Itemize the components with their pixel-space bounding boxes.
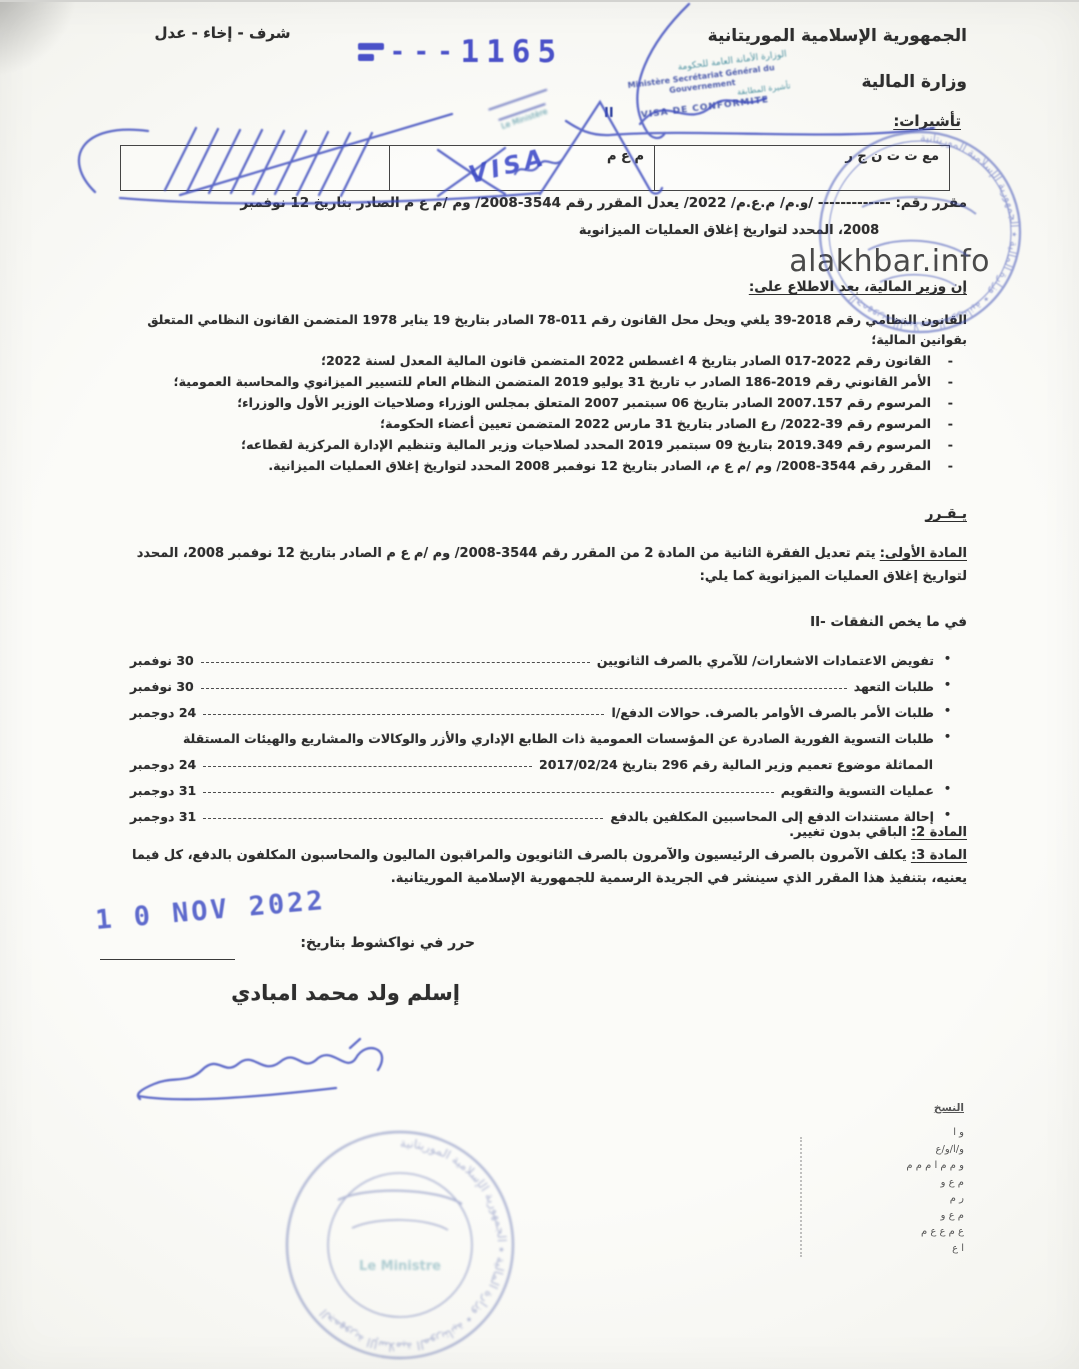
article-3-text: يكلف الآمرون بالصرف الرئيسيون والآمرون ب… bbox=[132, 848, 967, 886]
law-item: القانون النظامي رقم 2018-39 يلغي ويحل مح… bbox=[130, 310, 967, 350]
round-seal-bottom-left: الجمهورية الإسلامية الموريتانية ٭ وزارة … bbox=[287, 1132, 513, 1358]
article-1-text: يتم تعديل الفقرة الثانية من المادة 2 من … bbox=[137, 546, 967, 584]
date-blank-line bbox=[100, 945, 235, 960]
national-motto: شرف - إخاء - عدل bbox=[135, 24, 310, 42]
dotted-leader bbox=[201, 688, 847, 689]
diagonal-ministry-stamp: ـــــــــــــــ ــــــــــــ Le Ministèr… bbox=[437, 64, 604, 151]
law-item: المرسوم رقم 39-2022/ رع الصادر بتاريخ 31… bbox=[130, 414, 967, 434]
expense-item: تفويض الاعتمادات الاشعارات/ للآمري بالصر… bbox=[130, 642, 951, 668]
dotted-leader bbox=[201, 662, 590, 663]
article-2-text: الباقي بدون تغيير. bbox=[789, 825, 907, 840]
law-item: المقرر رقم 3544-2008/ وم /م ع م، الصادر … bbox=[130, 456, 967, 476]
law-item: الأمر القانوني رقم 2019-186 الصادر ب تار… bbox=[130, 372, 967, 392]
article-3: المادة 3: يكلف الآمرون بالصرف الرئيسيون … bbox=[110, 845, 967, 891]
copies-item: و م م ا م م م bbox=[834, 1158, 964, 1175]
minister-intro: إن وزير المالية، بعد الاطلاع على: bbox=[749, 279, 967, 295]
copies-list: النسخ و ا و/ا/و/ع و م م ا م م م م ع و ر … bbox=[834, 1100, 964, 1257]
copies-item: و/ا/و/ع bbox=[834, 1142, 964, 1159]
minister-name: إسلم ولد محمد امبادي bbox=[210, 981, 460, 1005]
expense-item: طلبات الأمر بالصرف الأوامر بالصرف. حوالا… bbox=[130, 694, 951, 720]
date-stamp: 1 0 NOV 2022 bbox=[94, 885, 327, 936]
expense-item: عمليات التسوية والتقويم31 دوجمبر bbox=[130, 772, 951, 798]
article-2-label: المادة 2: bbox=[911, 825, 967, 840]
expense-item: إحالة مستندات الدفع إلى المحاسبين المكلف… bbox=[130, 798, 951, 824]
copies-item: ر م bbox=[834, 1191, 964, 1208]
ministry-title: وزارة المالية bbox=[861, 72, 967, 92]
law-item: القانون رقم 2022-017 الصادر بتاريخ 4 اغس… bbox=[130, 351, 967, 371]
copies-item: م ع و bbox=[834, 1208, 964, 1225]
signature-accent bbox=[350, 1039, 360, 1048]
law-item: المرسوم رقم 2007.157 الصادر بتاريخ 06 سب… bbox=[130, 393, 967, 413]
article-2: المادة 2: الباقي بدون تغيير. bbox=[110, 822, 967, 845]
visa-table-cell-left bbox=[121, 146, 389, 190]
seal-inner-text: Le Ministre bbox=[359, 1259, 441, 1274]
copies-heading: النسخ bbox=[844, 1100, 964, 1117]
copies-item: و ا bbox=[834, 1125, 964, 1142]
minister-signature bbox=[138, 1048, 382, 1099]
expense-item-continuation: المماثلة موضوع تعميم وزير المالية رقم 29… bbox=[130, 746, 951, 772]
decree-title-line1: مقرر رقم: ------------- /و.م/ م.ع.م/ 202… bbox=[128, 195, 967, 211]
copies-item: ا ع bbox=[834, 1241, 964, 1258]
expenses-heading: II- في ما يخص النفقات bbox=[810, 614, 967, 630]
expense-item: طلبات التسوية الفورية الصادرة عن المؤسسا… bbox=[130, 720, 951, 746]
expense-item: طلبات التعهد30 نوفمبر bbox=[130, 668, 951, 694]
stamp-number: 1165 bbox=[460, 34, 563, 70]
stamp-dashes: - - - bbox=[392, 37, 452, 67]
decides-label: يـقـرر bbox=[925, 506, 967, 522]
scanned-decree-document: الجمهورية الإسلامية الموريتانية وزارة ال… bbox=[0, 0, 1079, 1369]
decree-title-line2: 2008، المحدد لتواريخ إغلاق العمليات المي… bbox=[529, 223, 929, 238]
dotted-leader bbox=[203, 792, 774, 793]
article-1: المادة الأولى: يتم تعديل الفقرة الثانية … bbox=[110, 543, 967, 589]
seal-ring-text: الجمهورية الإسلامية الموريتانية ٭ وزارة … bbox=[317, 1136, 509, 1354]
article-1-label: المادة الأولى: bbox=[880, 546, 967, 561]
dotted-leader bbox=[203, 818, 603, 819]
roman-numeral-mark: II bbox=[604, 106, 614, 121]
minister-signature-tail bbox=[138, 1088, 336, 1099]
watermark: alakhbar.info bbox=[789, 244, 990, 279]
copies-item: ع م ع ع م bbox=[834, 1224, 964, 1241]
article-3-label: المادة 3: bbox=[911, 848, 967, 863]
margin-micro-marks bbox=[800, 1137, 802, 1257]
sg-conformity-stamp: الوزارة الأمانة العامة للحكومة Ministère… bbox=[612, 50, 792, 125]
drawn-at-label: حرر في نواكشوط بتاريخ: bbox=[300, 935, 475, 951]
law-item: المرسوم رقم 2019.349 بتاريخ 09 سبتمبر 20… bbox=[130, 435, 967, 455]
republic-title: الجمهورية الإسلامية الموريتانية bbox=[708, 26, 967, 46]
registry-number-stamp: - - - 1165 bbox=[358, 34, 563, 70]
svg-text:الجمهورية الإسلامية الموريتاني: الجمهورية الإسلامية الموريتانية ٭ وزارة … bbox=[317, 1136, 509, 1354]
stamp-scribble-mark bbox=[358, 43, 384, 61]
laws-list: القانون النظامي رقم 2018-39 يلغي ويحل مح… bbox=[130, 310, 967, 477]
copies-item: م ع و bbox=[834, 1175, 964, 1192]
visa-table-cell-right: مع ت ت ن ج ر bbox=[654, 146, 949, 190]
visas-label: تأشيرات: bbox=[893, 112, 961, 130]
dotted-leader bbox=[203, 714, 604, 715]
expenses-list: تفويض الاعتمادات الاشعارات/ للآمري بالصر… bbox=[130, 642, 951, 824]
dotted-leader bbox=[203, 766, 532, 767]
